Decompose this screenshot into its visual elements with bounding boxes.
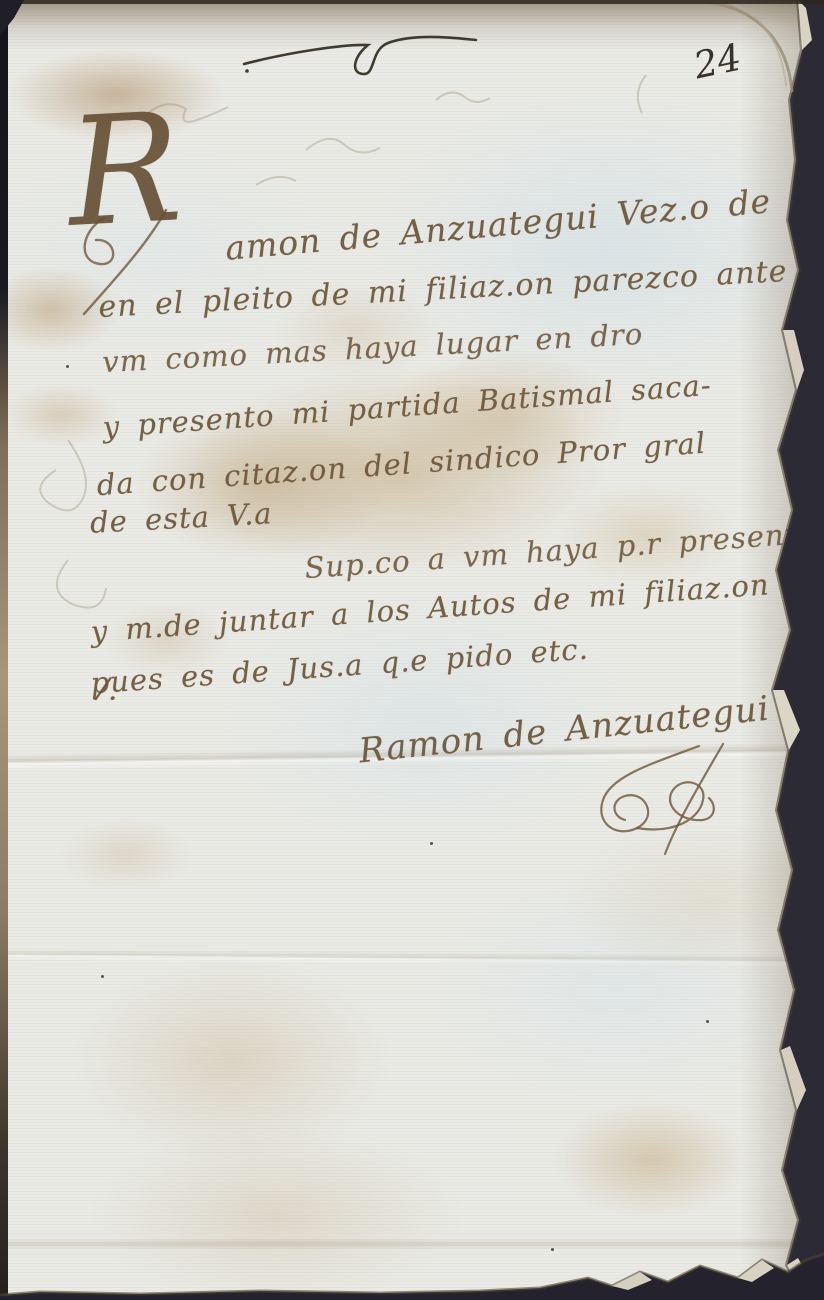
- ink-speck: [66, 365, 69, 368]
- signature-rubric: [581, 742, 741, 857]
- ink-speck: [101, 975, 104, 978]
- paper-sheet: R amon de Anzuategui Vez.o de esta V.a e…: [6, 0, 824, 1300]
- header-pen-stroke: [240, 30, 480, 76]
- paragraph-slash-mark: /.: [96, 671, 122, 709]
- top-left-notch: [0, 0, 30, 40]
- corner-fold: [696, 0, 806, 100]
- ink-speck: [706, 1020, 709, 1023]
- bottom-torn-edge: [0, 1254, 824, 1300]
- right-torn-edge: [754, 0, 824, 1300]
- left-scan-edge: [0, 0, 8, 1300]
- scanned-manuscript-page: R amon de Anzuategui Vez.o de esta V.a e…: [0, 0, 824, 1300]
- ink-speck: [551, 1248, 554, 1251]
- ink-speck: [430, 842, 433, 845]
- manuscript-initial: R: [64, 93, 186, 249]
- top-scan-edge: [0, 0, 824, 4]
